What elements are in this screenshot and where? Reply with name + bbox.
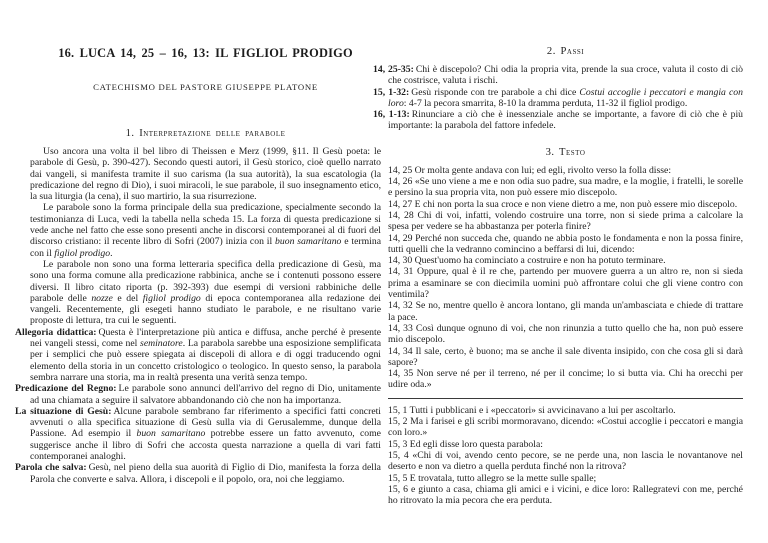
footnote-verse-line: 15, 6 e giunto a casa, chiama gli amici … xyxy=(388,484,743,507)
footnote-verse-line: 15, 2 Ma i farisei e gli scribi mormorav… xyxy=(388,416,743,439)
list-item-text: Chi è discepolo? Chi odia la propria vit… xyxy=(388,64,743,86)
verse-line: 14, 33 Così dunque ognuno di voi, che no… xyxy=(388,323,743,346)
verse-line: 14, 25 Or molta gente andava con lui; ed… xyxy=(388,165,743,176)
list-item-text: Rinunciare a ciò che è inessenziale anch… xyxy=(388,109,743,131)
section-3-heading: 3. Testo xyxy=(388,147,743,158)
verse-line: 14, 27 E chi non porta la sua croce e no… xyxy=(388,199,743,210)
footnote-verse-line: 15, 3 Ed egli disse loro questa parabola… xyxy=(388,439,743,450)
verse-line: 14, 29 Perché non succeda che, quando ne… xyxy=(388,233,743,256)
verse-line: 14, 32 Se no, mentre quello è ancora lon… xyxy=(388,300,743,323)
list-item: Predicazione del Regno:Le parabole sono … xyxy=(30,383,381,406)
verse-line: 14, 34 Il sale, certo, è buono; ma se an… xyxy=(388,346,743,369)
list-item-label: 16, 1-13: xyxy=(373,109,410,120)
list-item: La situazione di Gesù:Alcune parabole se… xyxy=(30,406,381,462)
list-item-label: Predicazione del Regno: xyxy=(15,383,117,394)
verse-line: 14, 31 Oppure, qual è il re che, partend… xyxy=(388,266,743,300)
footnote-verses: 15, 1 Tutti i pubblicani e i «peccatori»… xyxy=(388,405,743,507)
testo-verses: 14, 25 Or molta gente andava con lui; ed… xyxy=(388,165,743,391)
paragraph: Le parabole sono la forma principale del… xyxy=(30,202,381,258)
list-item-text: Gesù risponde con tre parabole a chi dic… xyxy=(388,87,743,109)
footnote-verse-line: 15, 5 E trovatala, tutto allegro se la m… xyxy=(388,473,743,484)
verse-line: 14, 28 Chi di voi, infatti, volendo cost… xyxy=(388,210,743,233)
left-column: 16. LUCA 14, 25 – 16, 13: IL FIGLIOL PRO… xyxy=(30,46,381,485)
list-item-label: 15, 1-32: xyxy=(373,87,409,98)
list-item: Allegoria didattica:Questa è l'interpret… xyxy=(30,327,381,383)
verse-line: 14, 26 «Se uno viene a me e non odia suo… xyxy=(388,176,743,199)
footnote-verse-line: 15, 1 Tutti i pubblicani e i «peccatori»… xyxy=(388,405,743,416)
paragraph: Uso ancora una volta il bel libro di The… xyxy=(30,146,381,202)
section-2-heading: 2. Passi xyxy=(388,46,743,57)
list-item-label: Allegoria didattica: xyxy=(15,327,97,338)
list-item: 15, 1-32:Gesù risponde con tre parabole … xyxy=(388,87,743,110)
page-title: 16. LUCA 14, 25 – 16, 13: IL FIGLIOL PRO… xyxy=(30,46,381,61)
section-1-heading: 1. Interpretazione delle parabole xyxy=(30,128,381,139)
list-item-label: Parola che salva: xyxy=(15,462,87,473)
right-column: 2. Passi 14, 25-35:Chi è discepolo? Chi … xyxy=(388,46,743,506)
paragraph: Le parabole non sono una forma letterari… xyxy=(30,259,381,327)
list-item: 14, 25-35:Chi è discepolo? Chi odia la p… xyxy=(388,64,743,87)
passi-list: 14, 25-35:Chi è discepolo? Chi odia la p… xyxy=(388,64,743,132)
list-item-label: La situazione di Gesù: xyxy=(15,406,111,417)
footnote-rule xyxy=(388,398,743,399)
footnote-verse-line: 15, 4 «Chi di voi, avendo cento pecore, … xyxy=(388,450,743,473)
verse-line: 14, 30 Quest'uomo ha cominciato a costru… xyxy=(388,255,743,266)
interpretation-list: Allegoria didattica:Questa è l'interpret… xyxy=(30,327,381,485)
list-item-label: 14, 25-35: xyxy=(373,64,414,75)
list-item: 16, 1-13:Rinunciare a ciò che è inessenz… xyxy=(388,109,743,132)
document-page: 16. LUCA 14, 25 – 16, 13: IL FIGLIOL PRO… xyxy=(0,0,768,543)
subtitle: CATECHISMO DEL PASTORE GIUSEPPE PLATONE xyxy=(30,82,381,92)
verse-line: 14, 35 Non serve né per il terreno, né p… xyxy=(388,368,743,391)
list-item: Parola che salva:Gesù, nel pieno della s… xyxy=(30,462,381,485)
